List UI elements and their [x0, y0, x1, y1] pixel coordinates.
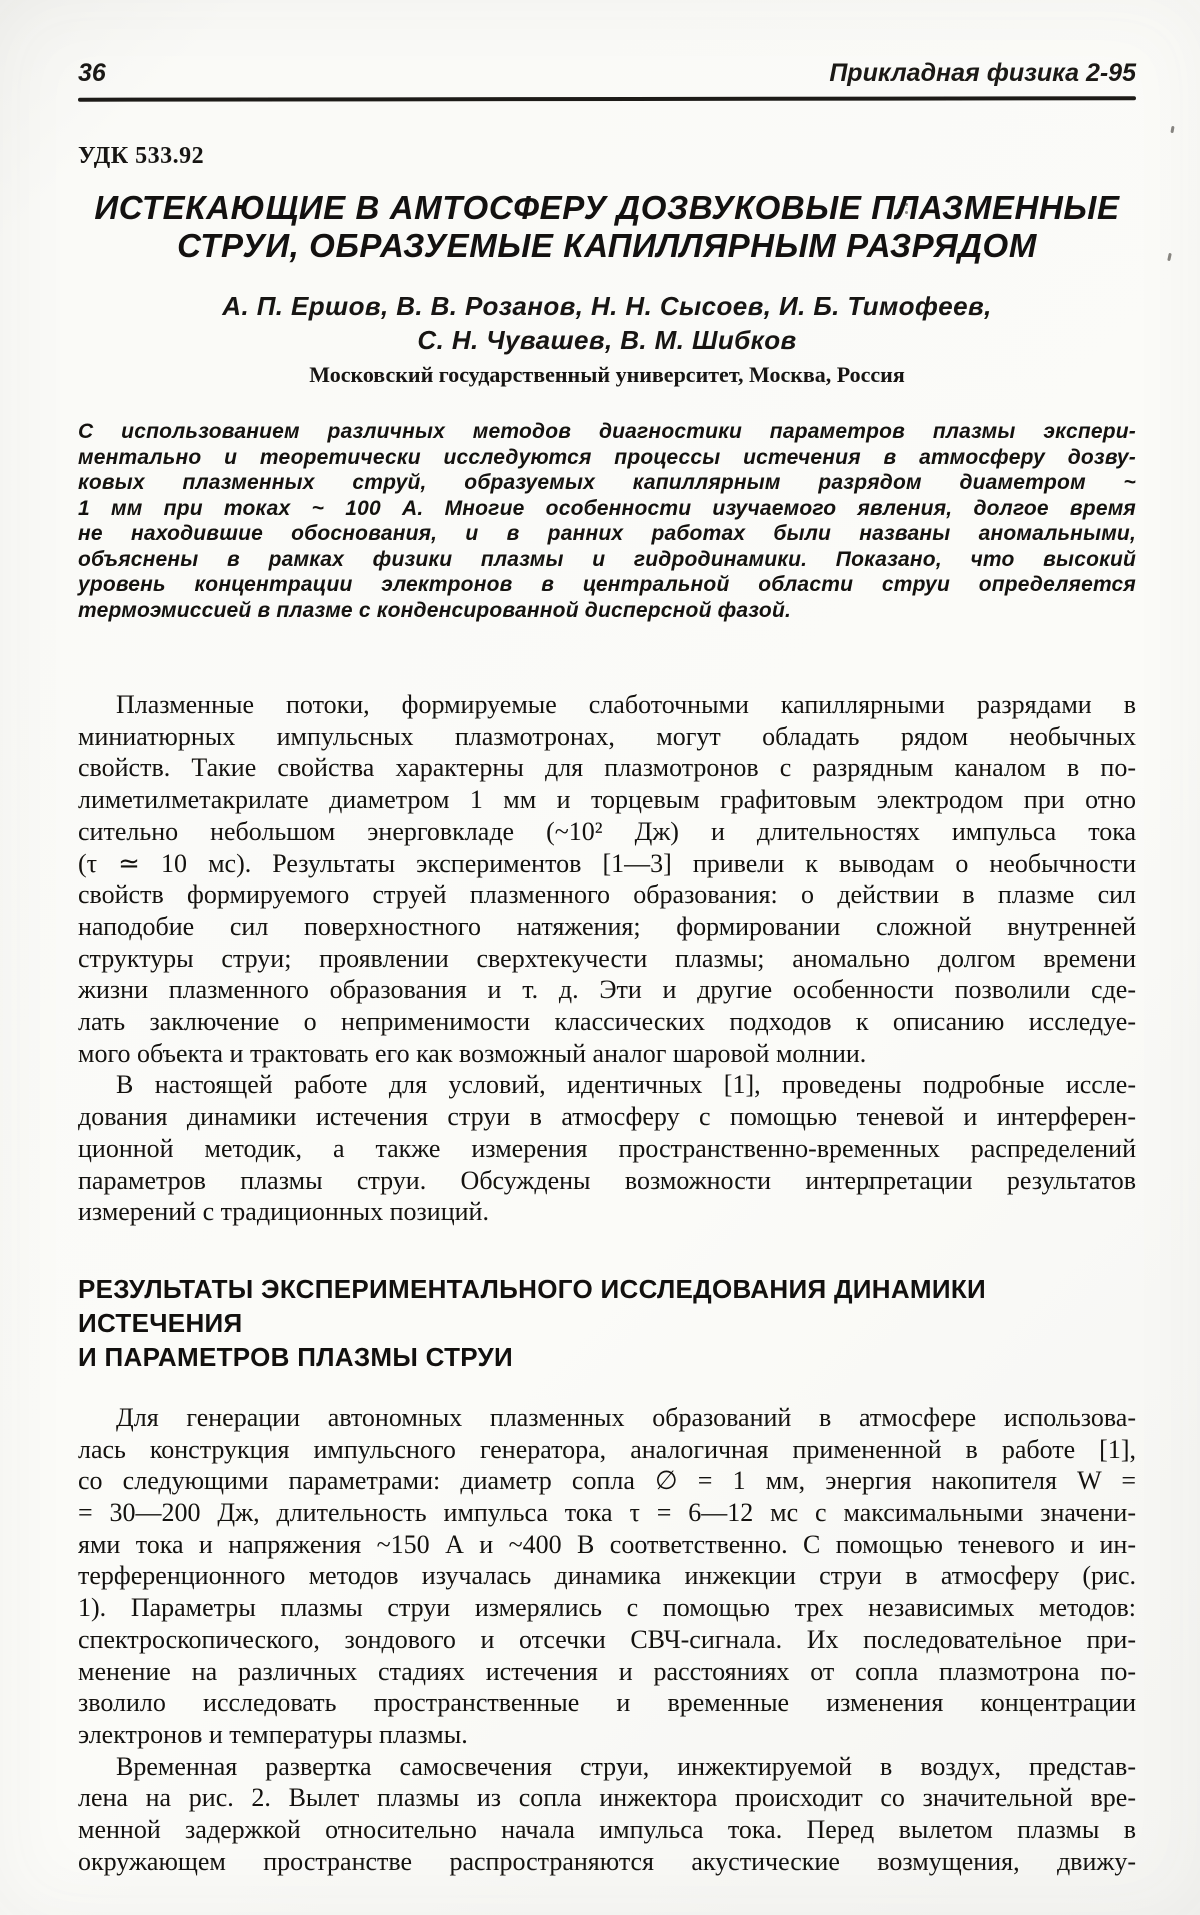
scan-speck — [868, 1185, 871, 1188]
affiliation: Московский государственный университет, … — [78, 361, 1136, 389]
abstract-line: термоэмиссией в плазме с конденсированно… — [78, 598, 1136, 624]
text-line: свойств формируемого струей плазменного … — [78, 879, 1136, 911]
text-line: терференционного методов изучалась динам… — [78, 1560, 1136, 1592]
page-number: 36 — [78, 58, 106, 88]
text-line: зволило исследовать пространственные и в… — [78, 1687, 1136, 1719]
text-line: миниатюрных импульсных плазмотронах, мог… — [78, 721, 1136, 753]
header-rule — [78, 96, 1136, 101]
scan-speck — [1013, 1632, 1016, 1635]
text-line: лена на рис. 2. Вылет плазмы из сопла ин… — [78, 1782, 1136, 1814]
journal-page: 36 Прикладная физика 2-95 УДК 533.92 ИСТ… — [0, 0, 1200, 1915]
paragraph: Для генерации автономных плазменных обра… — [78, 1402, 1136, 1751]
text-line: жизни плазменного образования и т. д. Эт… — [78, 974, 1136, 1006]
text-line: структуры струи; проявлении сверхтекучес… — [78, 943, 1136, 975]
udk-code: УДК 533.92 — [78, 141, 1136, 171]
title-line: ИСТЕКАЮЩИЕ В АМТОСФЕРУ ДОЗВУКОВЫЕ ПЛАЗМЕ… — [78, 189, 1136, 227]
abstract-line: 1 мм при токах ~ 100 А. Многие особеннос… — [78, 496, 1136, 522]
abstract-line: С использованием различных методов диагн… — [78, 419, 1136, 445]
section-heading: РЕЗУЛЬТАТЫ ЭКСПЕРИМЕНТАЛЬНОГО ИССЛЕДОВАН… — [78, 1272, 1136, 1374]
scan-speck — [1167, 253, 1172, 261]
abstract: С использованием различных методов диагн… — [78, 419, 1136, 623]
abstract-line: уровень концентрации электронов в центра… — [78, 572, 1136, 598]
text-line: со следующими параметрами: диаметр сопла… — [78, 1465, 1136, 1497]
text-line: Временная развертка самосвечения струи, … — [78, 1751, 1136, 1783]
text-line: менение на различных стадиях истечения и… — [78, 1656, 1136, 1688]
text-line: лать заключение о неприменимости классич… — [78, 1006, 1136, 1038]
paragraph: Временная развертка самосвечения струи, … — [78, 1751, 1136, 1878]
text-line: лиметилметакрилате диаметром 1 мм и торц… — [78, 784, 1136, 816]
text-line: окружающем пространстве распространяются… — [78, 1846, 1136, 1878]
text-line: (τ ≃ 10 мс). Результаты экспериментов [1… — [78, 848, 1136, 880]
paragraph: В настоящей работе для условий, идентичн… — [78, 1069, 1136, 1228]
author-line: А. П. Ершов, В. В. Розанов, Н. Н. Сысоев… — [78, 289, 1136, 323]
paragraph: Плазменные потоки, формируемые слаботочн… — [78, 689, 1136, 1069]
article-title: ИСТЕКАЮЩИЕ В АМТОСФЕРУ ДОЗВУКОВЫЕ ПЛАЗМЕ… — [78, 189, 1136, 265]
authors: А. П. Ершов, В. В. Розанов, Н. Н. Сысоев… — [78, 289, 1136, 357]
text-line: Для генерации автономных плазменных обра… — [78, 1402, 1136, 1434]
article-body: Плазменные потоки, формируемые слаботочн… — [78, 689, 1136, 1878]
abstract-line: объяснены в рамках физики плазмы и гидро… — [78, 547, 1136, 573]
text-line: электронов и температуры плазмы. — [78, 1719, 1136, 1751]
heading-line: РЕЗУЛЬТАТЫ ЭКСПЕРИМЕНТАЛЬНОГО ИССЛЕДОВАН… — [78, 1272, 1136, 1340]
text-line: измерений с традиционных позиций. — [78, 1196, 1136, 1228]
text-line: параметров плазмы струи. Обсуждены возмо… — [78, 1165, 1136, 1197]
text-line: менной задержкой относительно начала имп… — [78, 1814, 1136, 1846]
text-line: сительно небольшом энерговкладе (~10² Дж… — [78, 816, 1136, 848]
heading-line: И ПАРАМЕТРОВ ПЛАЗМЫ СТРУИ — [78, 1340, 1136, 1374]
text-line: спектроскопического, зондового и отсечки… — [78, 1624, 1136, 1656]
text-line: 1). Параметры плазмы струи измерялись с … — [78, 1592, 1136, 1624]
abstract-line: не находившие обоснования, и в ранних ра… — [78, 521, 1136, 547]
abstract-line: ковых плазменных струй, образуемых капил… — [78, 470, 1136, 496]
text-line: свойств. Такие свойства характерны для п… — [78, 752, 1136, 784]
scan-speck — [905, 211, 908, 214]
running-head: 36 Прикладная физика 2-95 — [78, 58, 1136, 88]
text-line: дования динамики истечения струи в атмос… — [78, 1101, 1136, 1133]
title-line: СТРУИ, ОБРАЗУЕМЫЕ КАПИЛЛЯРНЫМ РАЗРЯДОМ — [78, 227, 1136, 265]
scan-speck — [1170, 126, 1174, 133]
scan-speck — [905, 203, 908, 206]
text-line: мого объекта и трактовать его как возмож… — [78, 1038, 1136, 1070]
journal-title: Прикладная физика 2-95 — [829, 58, 1136, 88]
author-line: С. Н. Чувашев, В. М. Шибков — [78, 323, 1136, 357]
text-line: Плазменные потоки, формируемые слаботочн… — [78, 689, 1136, 721]
text-line: = 30—200 Дж, длительность импульса тока … — [78, 1497, 1136, 1529]
text-line: ями тока и напряжения ~150 А и ~400 В со… — [78, 1529, 1136, 1561]
text-line: В настоящей работе для условий, идентичн… — [78, 1069, 1136, 1101]
text-line: лась конструкция импульсного генератора,… — [78, 1434, 1136, 1466]
text-line: наподобие сил поверхностного натяжения; … — [78, 911, 1136, 943]
abstract-line: ментально и теоретически исследуются про… — [78, 445, 1136, 471]
text-line: ционной методик, а также измерения прост… — [78, 1133, 1136, 1165]
